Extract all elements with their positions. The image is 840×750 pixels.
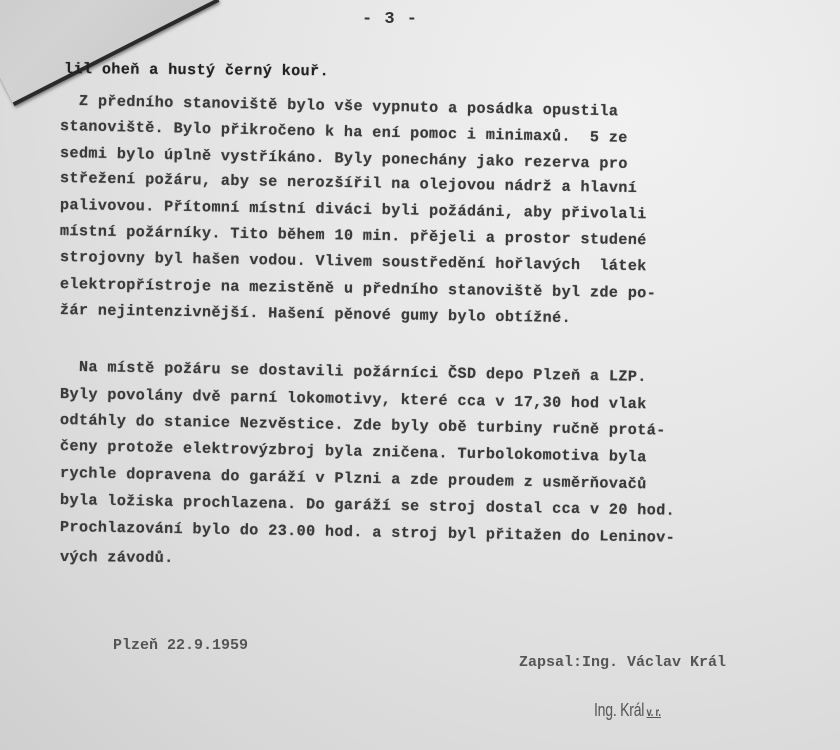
text-line: místní požárníky. Tito během 10 min. přě… bbox=[60, 222, 647, 249]
text-line: Byly povolány dvě parní lokomotivy, kter… bbox=[60, 385, 647, 413]
page-number: - 3 - bbox=[362, 10, 418, 29]
text-line: vých závodů. bbox=[60, 548, 174, 567]
text-line: žár nejintenzivnější. Hašení pěnové gumy… bbox=[60, 301, 571, 327]
text-line: byla ložiska prochlazena. Do garáží se s… bbox=[60, 491, 675, 520]
text-line: Prochlazování bylo do 23.00 hod. a stroj… bbox=[60, 518, 675, 547]
stamp-name: Ing. Král bbox=[594, 700, 644, 720]
document-page: - 3 - lil oheň a hustý černý kouř.Z před… bbox=[0, 0, 840, 750]
place-and-date: Plzeň 22.9.1959 bbox=[113, 637, 248, 654]
text-line: rychle dopravena do garáží v Plzni a zde… bbox=[60, 464, 647, 493]
underlying-sheet-corner bbox=[0, 0, 219, 106]
text-line: odtáhly do stanice Nezvěstice. Zde byly … bbox=[60, 411, 666, 440]
recorded-by: Zapsal:Ing. Václav Král bbox=[519, 654, 726, 671]
text-line: elektropřístroje na mezistěně u předního… bbox=[60, 275, 656, 302]
text-line: Na místě požáru se dostavili požárníci Č… bbox=[79, 358, 647, 386]
text-line: lil oheň a hustý černý kouř. bbox=[64, 60, 329, 80]
stamp-suffix: v. r. bbox=[647, 705, 661, 719]
text-line: čeny protože elektrovýzbroj byla zničena… bbox=[60, 437, 647, 466]
text-line: strojovny byl hašen vodou. Vlivem soustř… bbox=[60, 248, 647, 275]
text-line: palivovou. Přítomní místní diváci byli p… bbox=[60, 196, 647, 223]
signature-stamp: Ing. Králv. r. bbox=[594, 700, 661, 721]
text-line: sedmi bylo úplně vystříkáno. Byly ponech… bbox=[60, 144, 628, 173]
text-line: Z předního stanoviště bylo vše vypnuto a… bbox=[79, 92, 619, 120]
text-line: střežení požáru, aby se nerozšířil na ol… bbox=[60, 169, 638, 197]
text-line: stanoviště. Bylo přikročeno k ha ení pom… bbox=[60, 117, 628, 147]
